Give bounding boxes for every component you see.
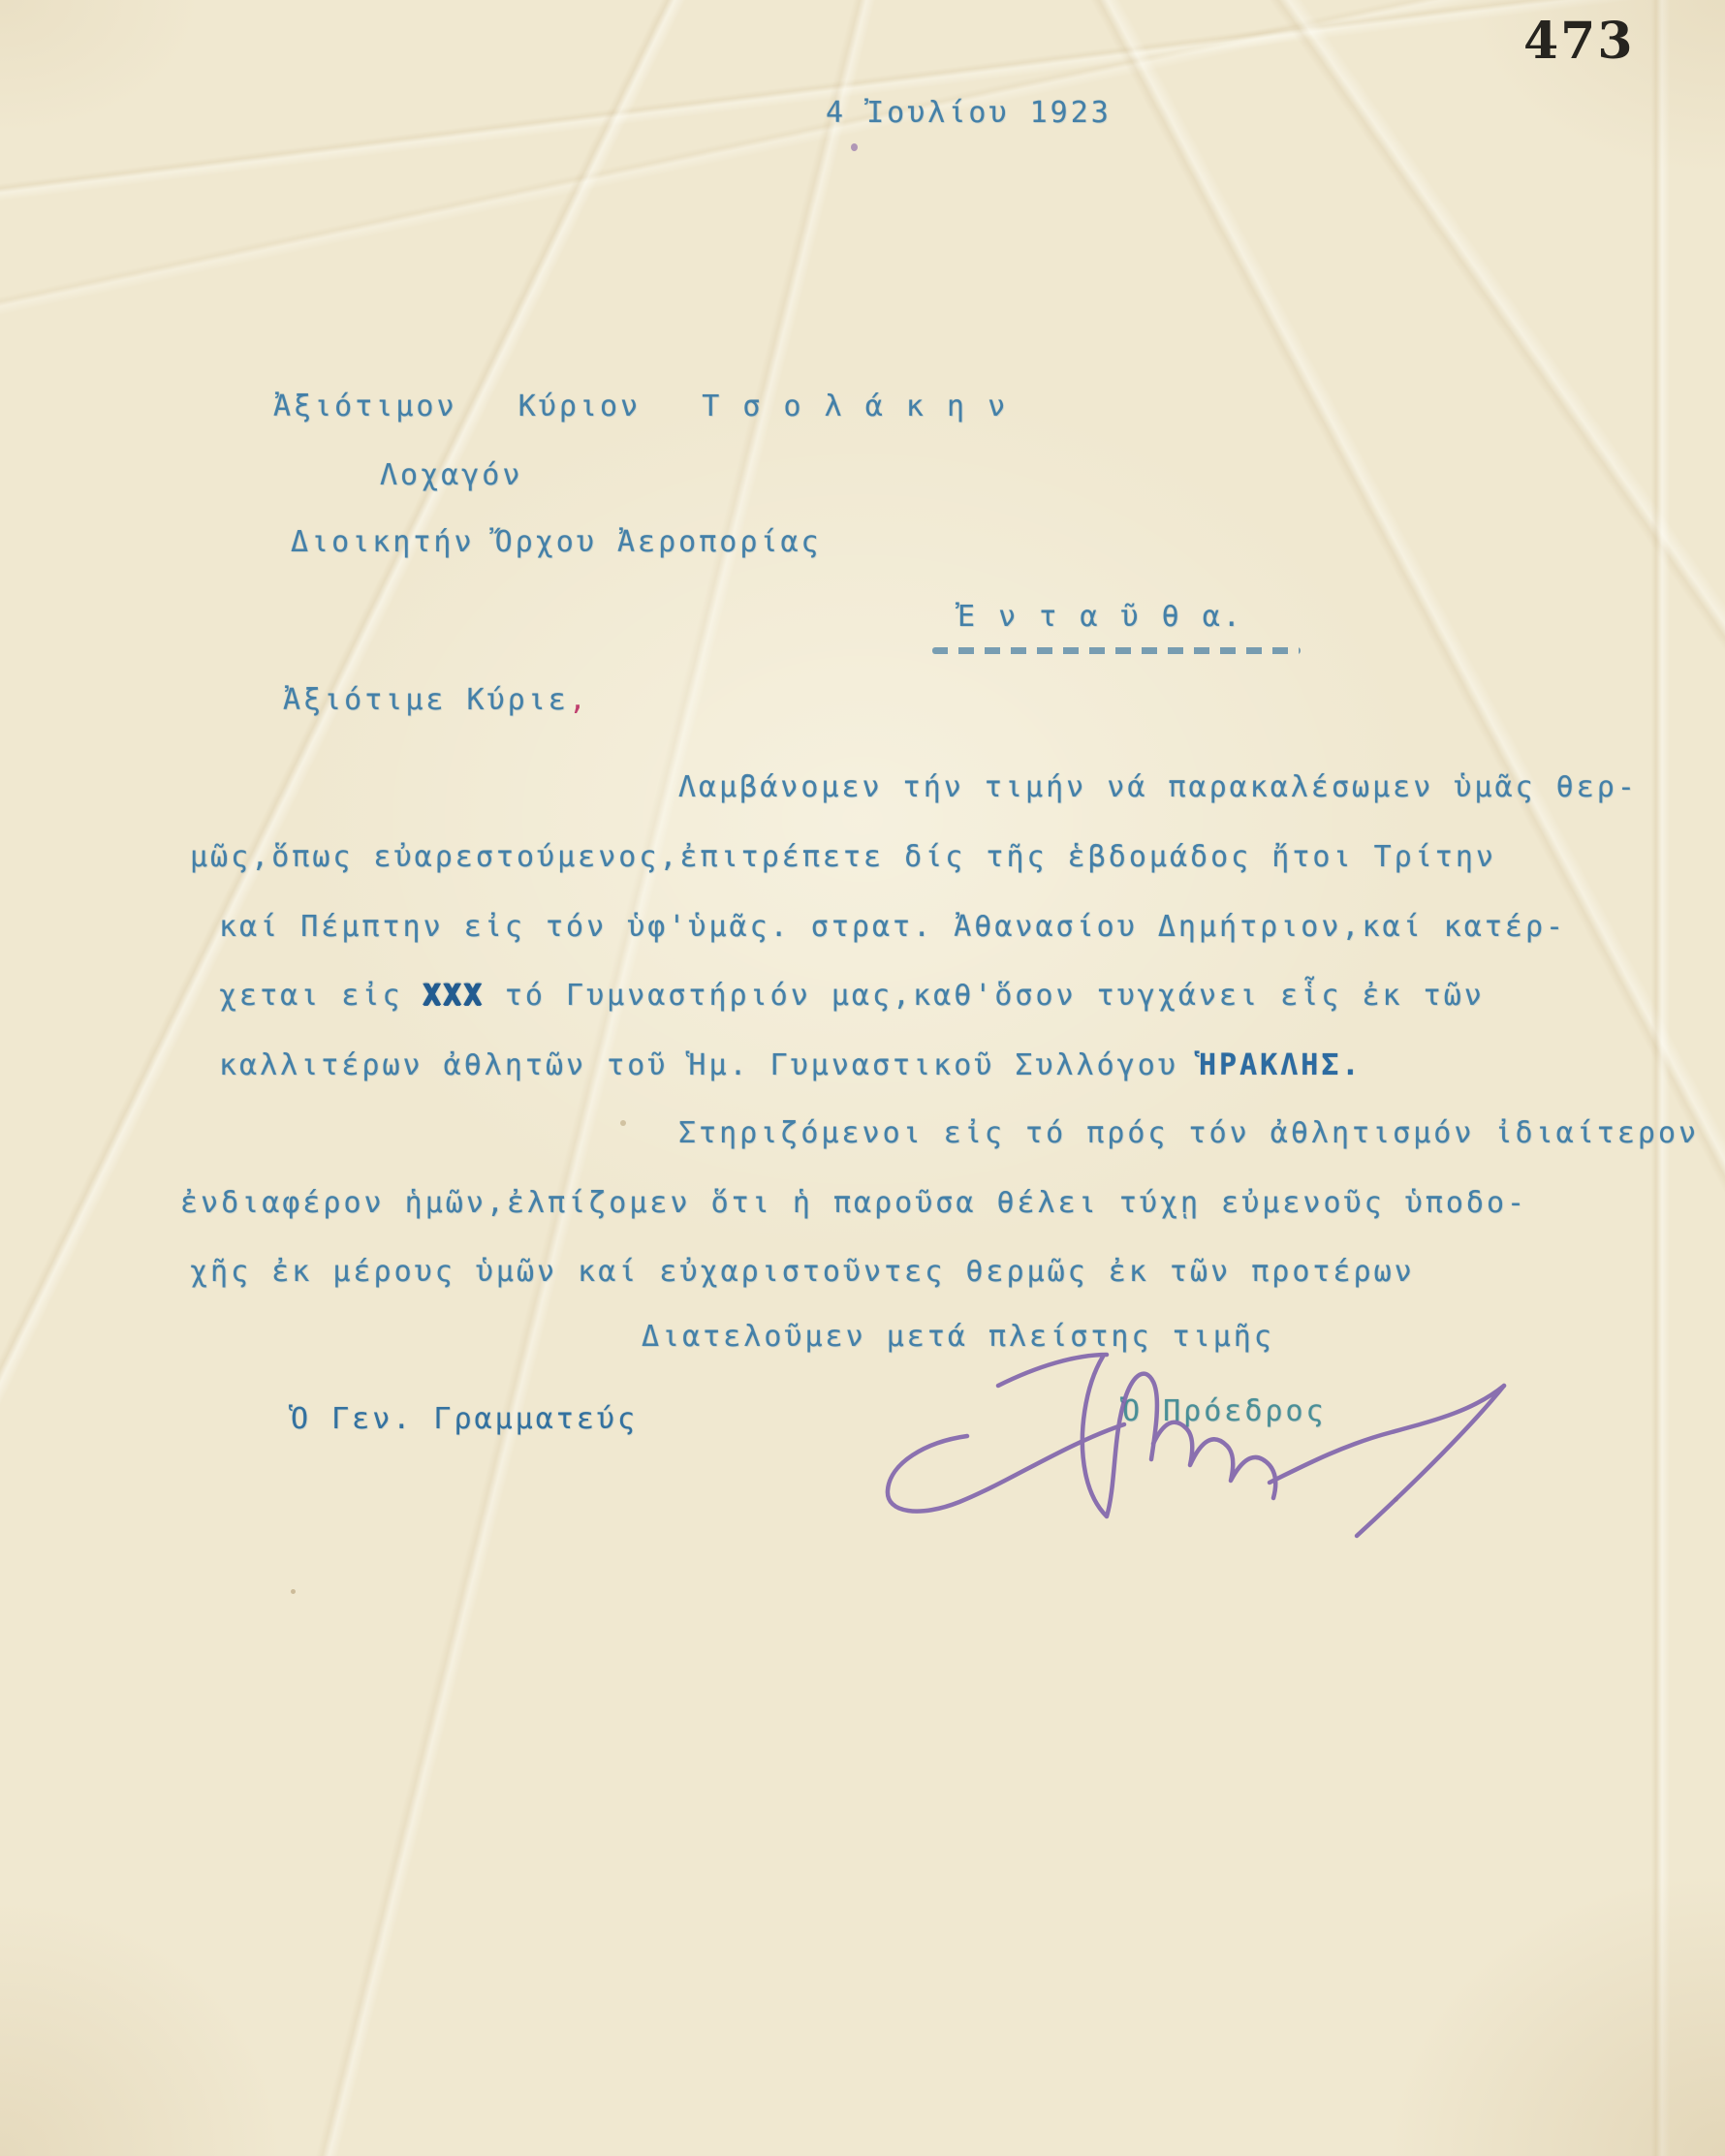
overstruck-word: ΧΧΧ <box>423 979 485 1013</box>
ink-speck <box>851 143 858 151</box>
recipient-city-line: Ἐ ν τ α ῦ θ α. <box>957 603 1243 632</box>
paper-speck <box>291 1589 296 1594</box>
paper-speck <box>620 1120 626 1126</box>
body-text: χεται εἰς <box>219 979 423 1013</box>
body-line: μῶς,ὅπως εὐαρεστούμενος,ἐπιτρέπετε δίς τ… <box>190 843 1496 872</box>
recipient-position-line: Διοικητήν Ὄρχου Ἀεροπορίας <box>291 528 822 557</box>
body-text: τό Γυμναστήριόν μας,καθ'ὅσον τυγχάνει εἷ… <box>485 979 1485 1013</box>
salutation-line: Ἀξιότιμε Κύριε, <box>283 686 589 715</box>
date-line: 4 Ἰουλίου 1923 <box>826 99 1112 128</box>
body-line: καλλιτέρων ἀθλητῶν τοῦ Ἡμ. Γυμναστικοῦ Σ… <box>219 1051 1362 1080</box>
scanned-letter-page: { "page": { "number": "473", "date": "4 … <box>0 0 1725 2156</box>
salutation-text: Ἀξιότιμε Κύριε <box>283 683 569 717</box>
club-name-emphasis: ἩΡΑΚΛΗΣ. <box>1199 1048 1363 1082</box>
body-line: ἐνδιαφέρον ἡμῶν,ἐλπίζομεν ὅτι ἡ παροῦσα … <box>180 1189 1527 1218</box>
page-number: 473 <box>1523 12 1635 71</box>
body-line: χῆς ἐκ μέρους ὑμῶν καί εὐχαριστοῦντες θε… <box>190 1258 1415 1287</box>
secretary-title: Ὁ Γεν. Γραμματεύς <box>291 1405 638 1434</box>
dashed-underline <box>932 647 1301 654</box>
body-text: καλλιτέρων ἀθλητῶν τοῦ Ἡμ. Γυμναστικοῦ Σ… <box>219 1048 1199 1082</box>
body-line: καί Πέμπτην εἰς τόν ὑφ'ὑμᾶς. στρατ. Ἀθαν… <box>219 913 1566 942</box>
body-line: χεται εἰς ΧΧΧ τό Γυμναστήριόν μας,καθ'ὅσ… <box>219 982 1485 1011</box>
body-line: Στηριζόμενοι εἰς τό πρός τόν ἀθλητισμόν … <box>678 1119 1699 1148</box>
recipient-name-line: Ἀξιότιμον Κύριον Τ σ ο λ ά κ η ν <box>273 392 1008 422</box>
salutation-comma: , <box>569 683 589 717</box>
body-line: Λαμβάνομεν τήν τιμήν νά παρακαλέσωμεν ὑμ… <box>678 773 1638 802</box>
recipient-rank-line: Λοχαγόν <box>380 461 522 490</box>
signature-handwriting-icon <box>853 1328 1531 1550</box>
